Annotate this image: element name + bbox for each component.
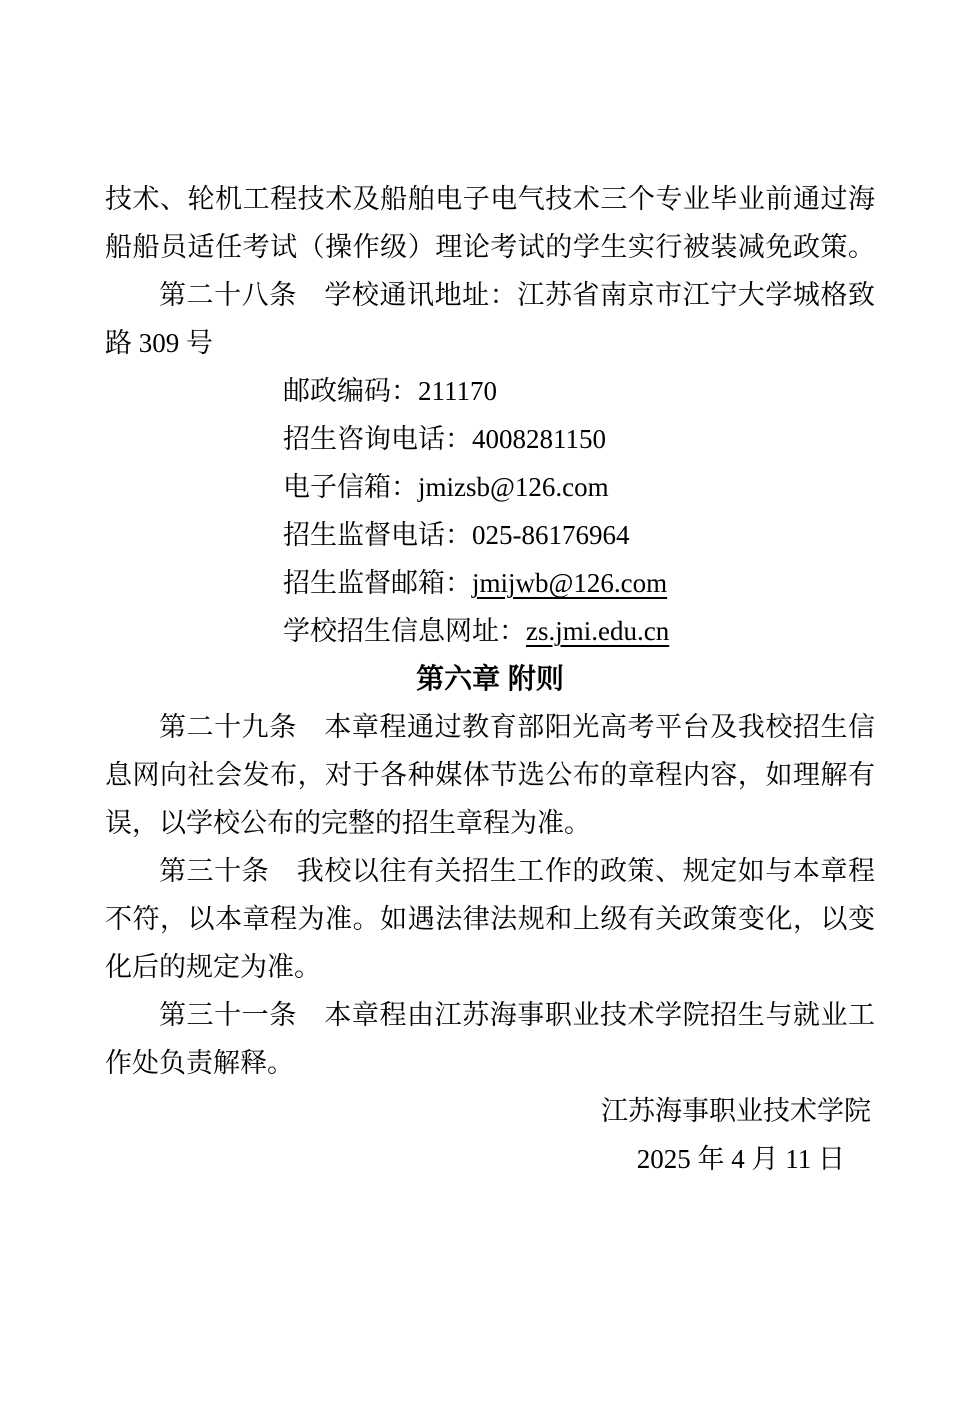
article-30-line: 第三十条 我校以往有关招生工作的政策、规定如与本章程 [105, 847, 875, 895]
article-31-line: 第三十一条 本章程由江苏海事职业技术学院招生与就业工 [105, 991, 875, 1039]
email-line: 电子信箱：jmizsb@126.com [105, 463, 875, 511]
body-line: 误，以学校公布的完整的招生章程为准。 [105, 799, 875, 847]
chapter-heading: 第六章 附则 [105, 655, 875, 703]
website-line: 学校招生信息网址：zs.jmi.edu.cn [105, 607, 875, 655]
body-line: 息网向社会发布，对于各种媒体节选公布的章程内容，如理解有 [105, 751, 875, 799]
body-line: 不符，以本章程为准。如遇法律法规和上级有关政策变化，以变 [105, 895, 875, 943]
article-28-line: 第二十八条 学校通讯地址：江苏省南京市江宁大学城格致 [105, 271, 875, 319]
document-page: 技术、轮机工程技术及船舶电子电气技术三个专业毕业前通过海 船船员适任考试（操作级… [0, 0, 980, 1402]
supervision-email-label: 招生监督邮箱： [283, 568, 472, 598]
date-line: 2025 年 4 月 11 日 [105, 1135, 875, 1183]
body-line: 技术、轮机工程技术及船舶电子电气技术三个专业毕业前通过海 [105, 175, 875, 223]
admissions-phone-line: 招生咨询电话：4008281150 [105, 415, 875, 463]
website-link[interactable]: zs.jmi.edu.cn [526, 616, 669, 646]
postal-code-line: 邮政编码：211170 [105, 367, 875, 415]
article-29-line: 第二十九条 本章程通过教育部阳光高考平台及我校招生信 [105, 703, 875, 751]
signature-line: 江苏海事职业技术学院 [105, 1087, 875, 1135]
body-line: 船船员适任考试（操作级）理论考试的学生实行被装减免政策。 [105, 223, 875, 271]
body-line: 化后的规定为准。 [105, 943, 875, 991]
supervision-phone-line: 招生监督电话：025-86176964 [105, 511, 875, 559]
supervision-email-link[interactable]: jmijwb@126.com [472, 568, 667, 598]
body-line: 作处负责解释。 [105, 1039, 875, 1087]
supervision-email-line: 招生监督邮箱：jmijwb@126.com [105, 559, 875, 607]
website-label: 学校招生信息网址： [283, 616, 526, 646]
address-continuation-line: 路 309 号 [105, 319, 875, 367]
